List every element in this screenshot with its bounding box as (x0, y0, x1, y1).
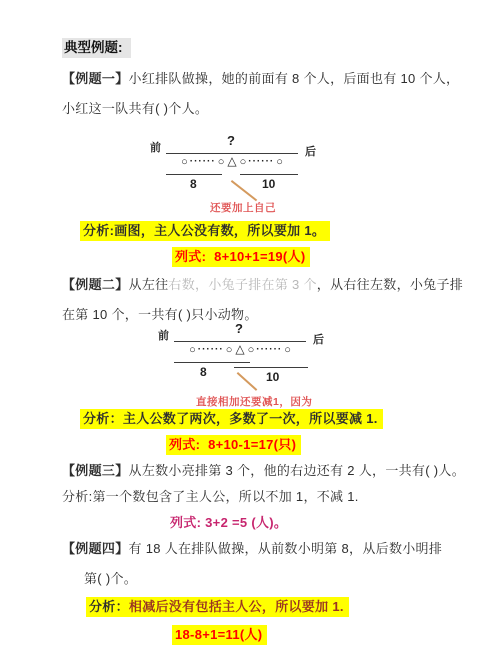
diagram1-circles-row: ○ ······ ○ △ ○ ······ ○ (166, 155, 298, 169)
page-title: 典型例题: (62, 38, 131, 58)
diagram2-annotation-line1: 直接相加还要减1，因为 (196, 394, 312, 409)
example2-analysis-highlight: 分析：主人公数了两次，多数了一次，所以要减 1. (80, 409, 383, 429)
example2-analysis: 分析：主人公数了两次，多数了一次，所以要减 1. (80, 410, 383, 428)
example3-text-line1: 【例题三】从左数小亮排第 3 个，他的右边还有 2 人，一共有( )人。 (62, 462, 465, 480)
triangle-icon: △ (227, 154, 236, 168)
formula-text: 8+10+1=19(人) (214, 249, 305, 264)
example4-label: 【例题四】 (62, 541, 129, 556)
example1-line2: 小红这一队共有( )个人。 (62, 101, 208, 116)
page-title-wrap: 典型例题: (62, 36, 131, 57)
example4-analysis: 分析：相减后没有包括主人公，所以要加 1. (86, 598, 349, 616)
analysis-text: 主人公数了两次，多数了一次，所以要减 1. (123, 411, 378, 426)
diagram1-left-count: 8 (190, 177, 197, 191)
example1-text-line2: 小红这一队共有( )个人。 (62, 100, 208, 118)
example2-line1-faded: 右数，小兔子排在第 3 个 (168, 277, 316, 292)
diagram-example2: 前 后 ? ○ ······ ○ △ ○ ······ ○ 8 10 直接相加还… (158, 322, 328, 422)
analysis-text: 画图，主人公没有数，所以要加 1。 (114, 223, 325, 238)
diagram2-left-underline (174, 362, 250, 363)
formula-label: 列式: (169, 437, 200, 452)
worksheet-page: 典型例题: 【例题一】小红排队做操，她的前面有 8 个人，后面也有 10 个人，… (0, 0, 500, 653)
example1-text-line1: 【例题一】小红排队做操，她的前面有 8 个人，后面也有 10 个人， (62, 70, 459, 88)
example3-formula: 列式: 3+2 =5 (人)。 (170, 514, 287, 532)
analysis-text: 相减后没有包括主人公，所以要加 1. (129, 599, 344, 614)
diagram2-left-count: 8 (200, 365, 207, 379)
example1-analysis: 分析:画图，主人公没有数，所以要加 1。 (80, 222, 330, 240)
formula-label: 列式: (170, 515, 201, 530)
triangle-icon: △ (235, 342, 244, 356)
example3-label: 【例题三】 (62, 463, 129, 478)
diagram2-back-label: 后 (313, 331, 324, 347)
ellipsis-dots-icon: ······ (248, 156, 274, 167)
circle-icon: ○ (218, 156, 225, 168)
formula-text: 3+2 =5 (人)。 (205, 515, 287, 530)
diagram1-right-count: 10 (262, 177, 275, 191)
example3-analysis: 分析:第一个数包含了主人公，所以不加 1，不减 1. (62, 488, 359, 506)
diagram2-pointer-line (237, 372, 258, 391)
analysis-label: 分析： (83, 411, 123, 426)
diagram2-right-count: 10 (266, 370, 279, 384)
example1-formula: 列式: 8+10+1=19(人) (172, 248, 310, 266)
diagram1-back-label: 后 (305, 143, 316, 159)
example4-formula-highlight: 18-8+1=11(人) (172, 625, 267, 645)
formula-label: 列式: (175, 249, 206, 264)
circle-icon: ○ (284, 344, 291, 356)
circle-icon: ○ (240, 156, 247, 168)
diagram2-right-underline (234, 367, 308, 368)
example2-text-line1: 【例题二】从左往右数，小兔子排在第 3 个，从右往左数，小兔子排 (62, 276, 463, 294)
example2-formula-highlight: 列式: 8+10-1=17(只) (166, 435, 301, 455)
diagram1-left-underline (166, 174, 222, 175)
circle-icon: ○ (189, 344, 196, 356)
example4-text-line1: 【例题四】有 18 人在排队做操，从前数小明第 8，从后数小明排 (62, 540, 442, 558)
diagram1-annotation: 还要加上自己 (210, 200, 276, 215)
example4-formula: 18-8+1=11(人) (172, 626, 267, 644)
example1-formula-highlight: 列式: 8+10+1=19(人) (172, 247, 310, 267)
formula-text: 18-8+1=11(人) (175, 627, 262, 642)
diagram1-question-mark: ? (227, 133, 235, 148)
circle-icon: ○ (181, 156, 188, 168)
example2-line2: 在第 10 个，一共有( )只小动物。 (62, 307, 258, 322)
example2-label: 【例题二】 (62, 277, 129, 292)
diagram-example1: 前 后 ? ○ ······ ○ △ ○ ······ ○ 8 10 还要加上自… (150, 134, 320, 214)
diagram2-question-mark: ? (235, 321, 243, 336)
circle-icon: ○ (248, 344, 255, 356)
diagram1-pointer-line (231, 180, 257, 201)
formula-text: 8+10-1=17(只) (208, 437, 296, 452)
example2-line1-part1: 从左往 (129, 277, 169, 292)
circle-icon: ○ (276, 156, 283, 168)
example2-formula: 列式: 8+10-1=17(只) (166, 436, 301, 454)
example4-text-line2: 第( )个。 (84, 570, 137, 588)
analysis-label: 分析： (89, 599, 129, 614)
circle-icon: ○ (226, 344, 233, 356)
example4-analysis-highlight: 分析：相减后没有包括主人公，所以要加 1. (86, 597, 349, 617)
diagram2-front-label: 前 (158, 327, 169, 343)
example1-line1: 小红排队做操，她的前面有 8 个人，后面也有 10 个人， (129, 71, 460, 86)
analysis-label: 分析: (83, 223, 114, 238)
ellipsis-dots-icon: ······ (256, 344, 282, 355)
example1-analysis-highlight: 分析:画图，主人公没有数，所以要加 1。 (80, 221, 330, 241)
example4-line2: 第( )个。 (84, 571, 137, 586)
diagram1-right-underline (240, 174, 298, 175)
ellipsis-dots-icon: ······ (190, 156, 216, 167)
analysis-text: 分析:第一个数包含了主人公，所以不加 1，不减 1. (62, 489, 359, 504)
diagram2-circles-row: ○ ······ ○ △ ○ ······ ○ (174, 343, 306, 357)
ellipsis-dots-icon: ······ (198, 344, 224, 355)
example4-line1: 有 18 人在排队做操，从前数小明第 8，从后数小明排 (129, 541, 443, 556)
example3-line1: 从左数小亮排第 3 个，他的右边还有 2 人，一共有( )人。 (129, 463, 465, 478)
diagram1-front-label: 前 (150, 139, 161, 155)
example2-line1-part3: ，从右往左数，小兔子排 (317, 277, 463, 292)
example1-label: 【例题一】 (62, 71, 129, 86)
